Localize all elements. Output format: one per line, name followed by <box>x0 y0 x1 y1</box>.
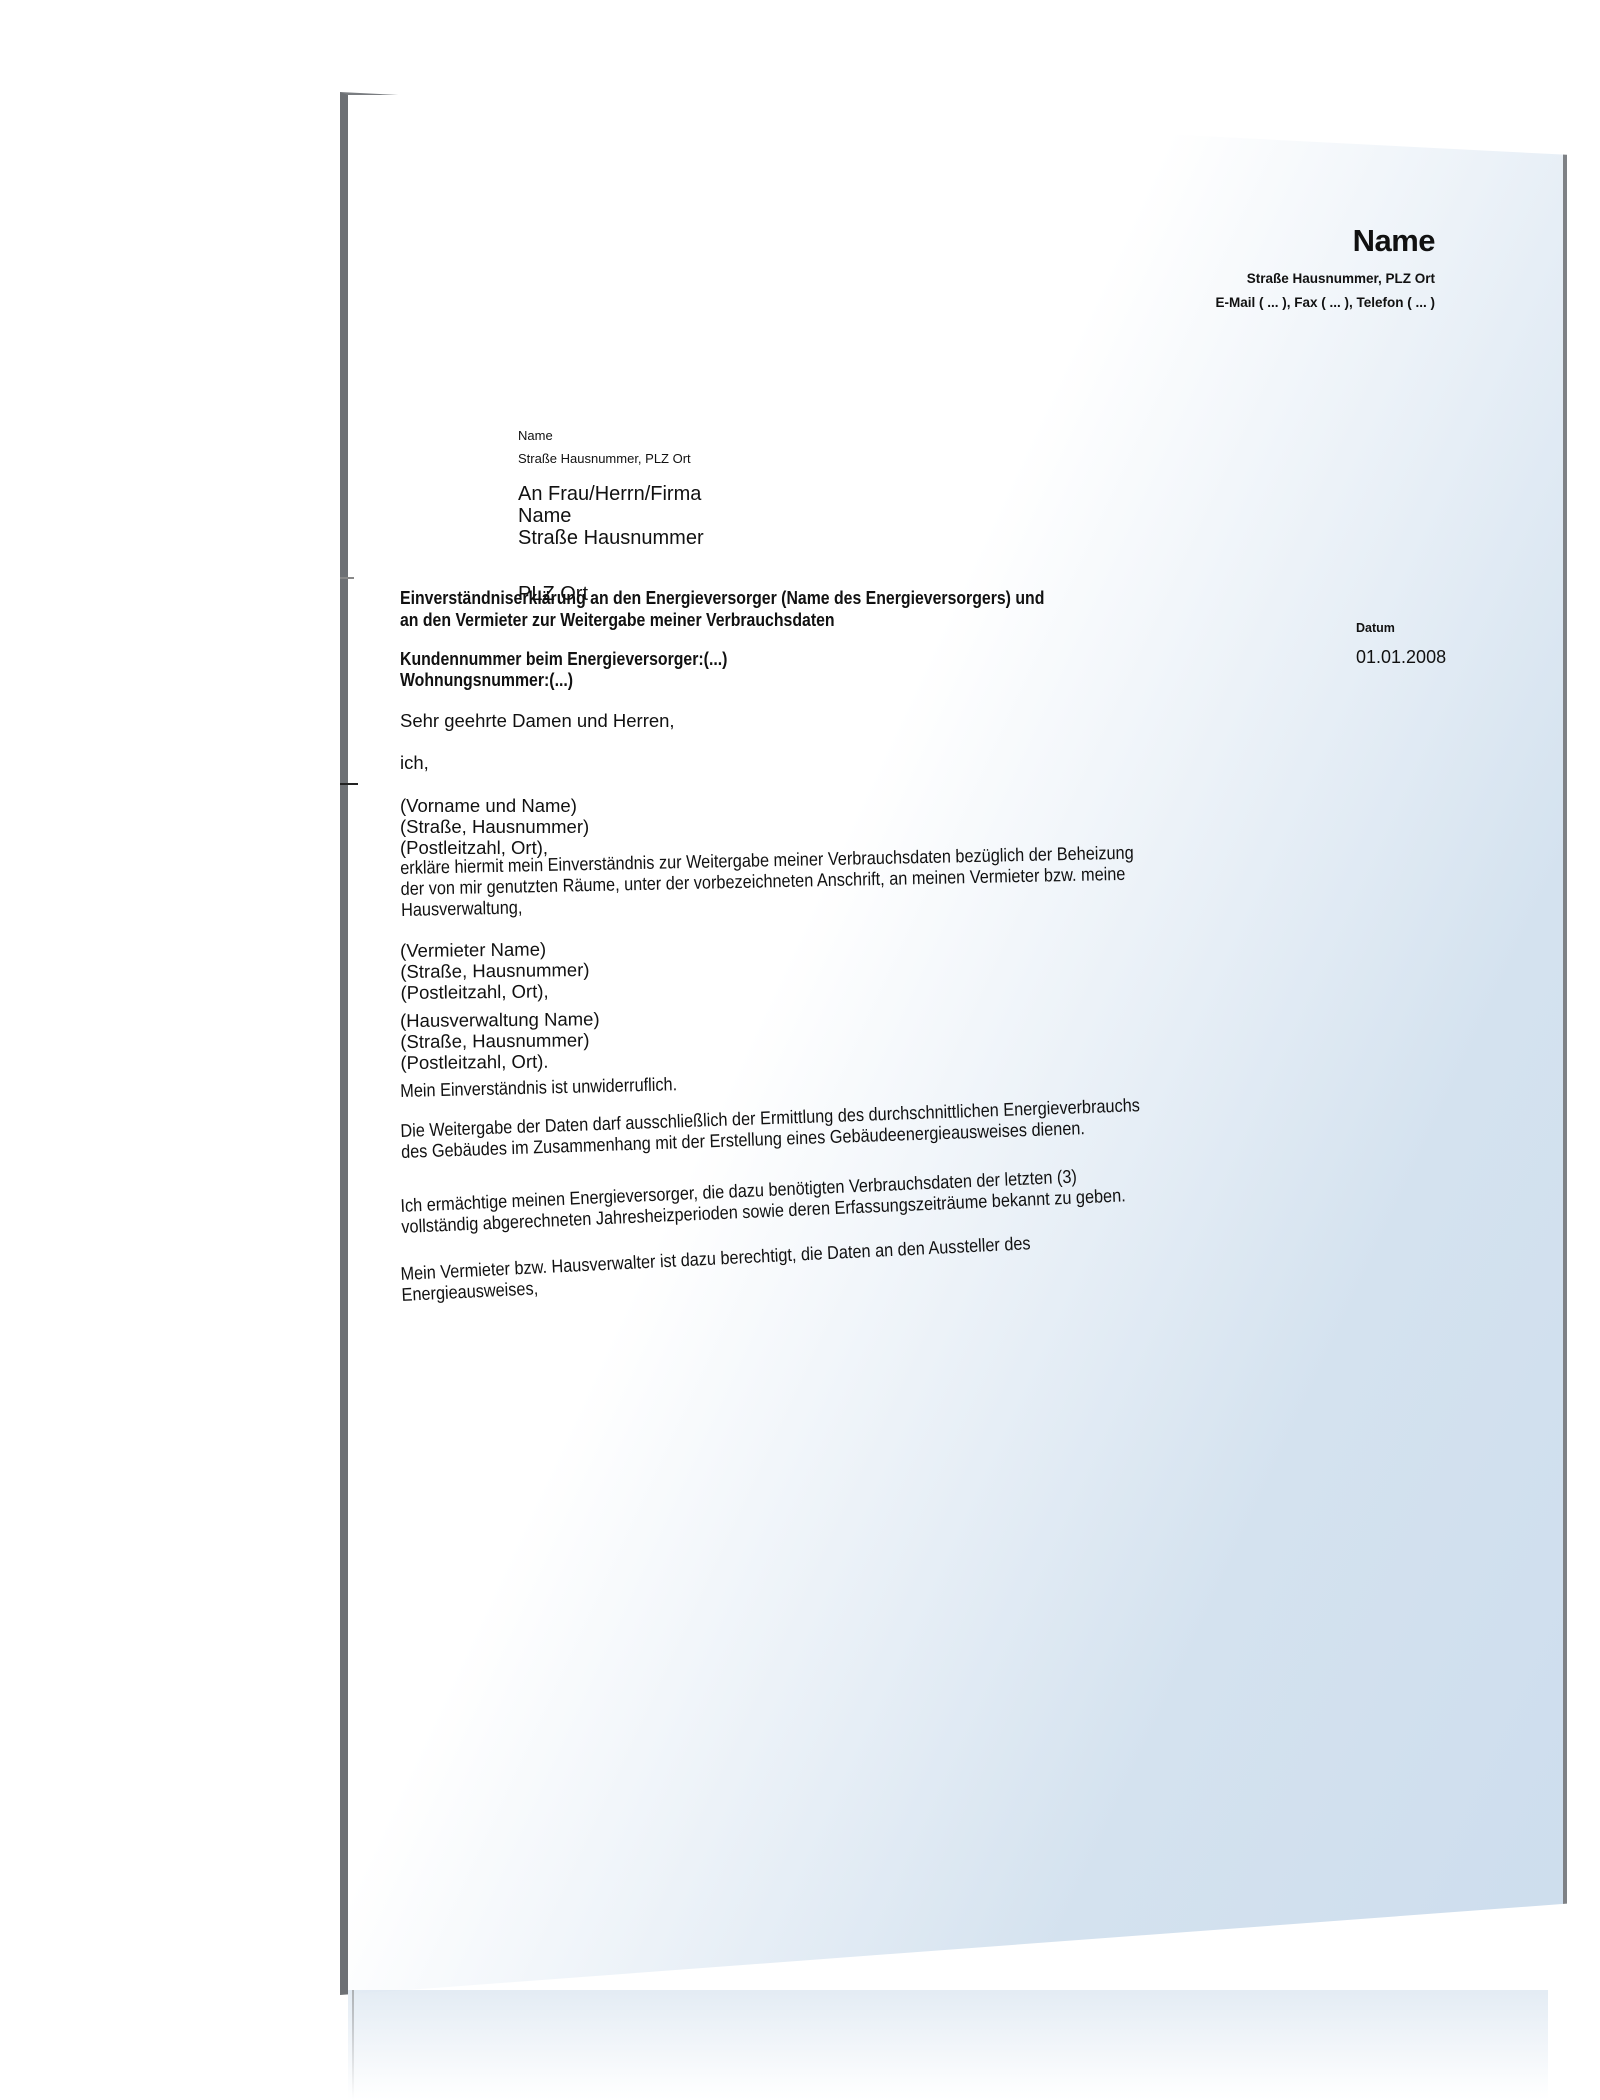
subject-text: Einverständniserklärung an den Energieve… <box>400 587 1044 609</box>
document-preview: Name Straße Hausnummer, PLZ Ort E-Mail (… <box>0 0 1600 2100</box>
person-line: (Straße, Hausnummer) <box>400 816 589 837</box>
authorization-paragraph: Ich ermächtige meinen Energieversorger, … <box>400 1163 1126 1237</box>
irrevocable-statement: Mein Einverständnis ist unwiderruflich. <box>400 1073 677 1101</box>
subject-line: Einverständniserklärung an den Energieve… <box>400 587 1044 631</box>
management-block: (Hausverwaltung Name) (Straße, Hausnumme… <box>400 1008 600 1073</box>
recipient-line: Straße Hausnummer <box>518 527 704 549</box>
return-address-name: Name <box>518 428 553 443</box>
purpose-paragraph: Die Weitergabe der Daten darf ausschließ… <box>400 1094 1141 1162</box>
salutation: Sehr geehrte Damen und Herren, <box>400 710 675 731</box>
recipient-line: An Frau/Herrn/Firma <box>518 483 704 505</box>
management-line: (Hausverwaltung Name) <box>400 1008 600 1031</box>
reflection-edge <box>352 1990 354 2100</box>
management-line: (Straße, Hausnummer) <box>400 1029 600 1052</box>
landlord-line: (Postleitzahl, Ort), <box>400 980 589 1003</box>
intro: ich, <box>400 752 429 773</box>
letterhead-name: Name <box>1353 223 1435 259</box>
person-line: (Vorname und Name) <box>400 795 589 816</box>
letter-page: Name Straße Hausnummer, PLZ Ort E-Mail (… <box>340 92 1567 1995</box>
landlord-line: (Vermieter Name) <box>400 938 589 961</box>
customer-number: Kundennummer beim Energieversorger:(...) <box>400 649 727 670</box>
punch-mark <box>310 783 358 785</box>
management-line: (Postleitzahl, Ort). <box>400 1050 600 1073</box>
page-reflection <box>348 1990 1548 2100</box>
return-address-line: Straße Hausnummer, PLZ Ort <box>518 451 691 466</box>
recipient-block: An Frau/Herrn/Firma Name Straße Hausnumm… <box>518 483 704 549</box>
letterhead-address: Straße Hausnummer, PLZ Ort <box>1247 271 1435 286</box>
landlord-right-paragraph: Mein Vermieter bzw. Hausverwalter ist da… <box>400 1232 1032 1305</box>
apartment-number: Wohnungsnummer:(...) <box>400 670 727 691</box>
subject-text: an den Vermieter zur Weitergabe meiner V… <box>400 609 1044 631</box>
landlord-line: (Straße, Hausnummer) <box>400 959 589 982</box>
letterhead-contact: E-Mail ( ... ), Fax ( ... ), Telefon ( .… <box>1215 295 1435 310</box>
recipient-line: Name <box>518 505 704 527</box>
date-label: Datum <box>1356 621 1395 635</box>
person-block: (Vorname und Name) (Straße, Hausnummer) … <box>400 795 589 858</box>
reference-lines: Kundennummer beim Energieversorger:(...)… <box>400 649 727 691</box>
date-value: 01.01.2008 <box>1356 647 1446 668</box>
fold-mark <box>308 577 354 579</box>
landlord-block: (Vermieter Name) (Straße, Hausnummer) (P… <box>400 938 590 1003</box>
